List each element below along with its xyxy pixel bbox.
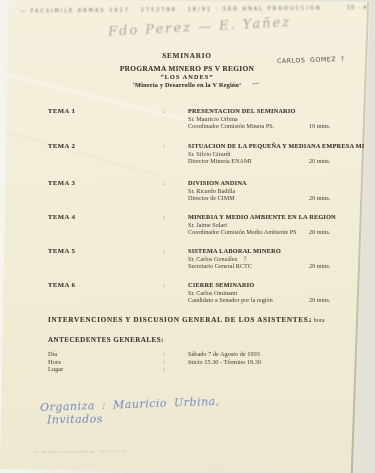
tema-role: Coordinador Comisión Minera PS.	[188, 123, 368, 131]
antecedentes-heading: ANTECEDENTES GENERALES:	[48, 336, 164, 344]
tema-speaker: Sr. Carlos Ominami	[188, 290, 368, 298]
tema-label: TEMA 1	[48, 108, 75, 115]
tema-separator: :	[163, 143, 165, 150]
field-separator: :	[163, 359, 165, 366]
tema-label: TEMA 6	[48, 282, 75, 289]
field-value-hora: Inicio 15.30 - Término 19.30	[188, 359, 261, 366]
tema-topic: PRESENTACION DEL SEMINARIO	[188, 108, 368, 116]
tema-role: Candidato a Senador por la región	[188, 297, 368, 305]
tema-topic: SITUACION DE LA PEQUEÑA Y MEDIANA EMPRES…	[188, 143, 368, 151]
tema-label: TEMA 2	[48, 143, 75, 150]
tema-details: PRESENTACION DEL SEMINARIO Sr. Mauricio …	[188, 108, 368, 131]
tema-topic: SISTEMA LABORAL MINERO	[188, 248, 368, 256]
tema-role: Director Minería ENAMI	[188, 158, 368, 166]
tema-label: TEMA 5	[48, 248, 75, 255]
tema-topic: MINERIA Y MEDIO AMBIENTE EN LA REGION	[188, 214, 368, 222]
tema-speaker-name: Sr. Carlos González	[188, 256, 237, 263]
paper-crease-shadow	[0, 125, 157, 176]
tema-speaker: Sr. Jaime Solari	[188, 222, 368, 230]
tema-duration: 20 mnts.	[309, 195, 330, 202]
edge-tick-mark	[356, 404, 358, 411]
discussion-text: INTERVENCIONES Y DISCUSION GENERAL DE LO…	[48, 316, 311, 324]
field-label-hora: Hora	[48, 359, 61, 366]
field-label-dia: Día	[48, 351, 57, 358]
discussion-duration: 1 hora	[309, 317, 325, 324]
field-value-dia: Sábado 7 de Agosto de 1993	[188, 351, 260, 358]
footer-scan-text: · ·—· ——— ·———·——— · ——· ··· —	[27, 450, 128, 456]
handwritten-invitados-note: Invitados	[47, 413, 103, 427]
tema-separator: :	[163, 214, 165, 221]
tema-role: Secretario General RCTC	[188, 263, 368, 271]
tema-duration: 20 mnts.	[309, 297, 330, 304]
program-subtitle: “LOS ANDES”	[37, 74, 337, 81]
tema-role: Coordinador Comisión Medio Ambiente PS	[188, 229, 368, 237]
edge-tick-mark	[356, 429, 358, 436]
tema-duration: 20 mnts.	[309, 229, 330, 236]
paper-sheet: — FACSIMILE ARMAS 1617 · 2752786 · 18/91…	[0, 0, 375, 473]
tema-speaker: Sr. Silvio Girardi	[188, 151, 368, 159]
tema-label: TEMA 3	[48, 180, 75, 187]
field-label-lugar: Lugar	[48, 366, 63, 373]
tema-details: SISTEMA LABORAL MINERO Sr. Carlos Gonzál…	[188, 248, 368, 271]
field-separator: :	[163, 366, 165, 373]
pencil-note-top: Fdo Perez — E. Yañez	[108, 15, 292, 40]
tema-duration: 20 mnts.	[309, 263, 330, 270]
tema-duration: 10 mnts.	[309, 123, 330, 130]
tema-details: DIVISION ANDINA Sr. Ricardo Badilla Dire…	[188, 180, 368, 203]
handwritten-question-mark: ?	[243, 255, 246, 263]
tema-speaker: Sr. Mauricio Urbina	[188, 116, 368, 124]
tema-topic: CIERRE SEMINARIO	[188, 282, 368, 290]
tema-topic: DIVISION ANDINA	[188, 180, 368, 188]
tema-details: MINERIA Y MEDIO AMBIENTE EN LA REGION Sr…	[188, 214, 368, 237]
field-separator: :	[163, 351, 165, 358]
tema-details: CIERRE SEMINARIO Sr. Carlos Ominami Cand…	[188, 282, 368, 305]
program-tagline: ‘Minería y Desarrollo en la V Región’	[37, 82, 337, 89]
tema-role: Director de CIMM	[188, 195, 368, 203]
program-title: PROGRAMA MINERO PS V REGION	[37, 64, 337, 73]
fax-header-page-number: 10 · 4	[347, 5, 367, 11]
fax-header-text: — FACSIMILE ARMAS 1617 · 2752786 · 18/91…	[20, 5, 340, 14]
tema-speaker: Sr. Ricardo Badilla	[188, 188, 368, 196]
tema-separator: :	[163, 108, 165, 115]
tema-separator: :	[163, 282, 165, 289]
tema-duration: 20 mnts.	[309, 158, 330, 165]
handwritten-organiza-note: Organiza : Mauricio Urbina,	[40, 395, 220, 414]
tema-separator: :	[163, 248, 165, 255]
tema-separator: :	[163, 180, 165, 187]
tema-speaker: Sr. Carlos González?	[188, 256, 368, 264]
tema-label: TEMA 4	[48, 214, 75, 221]
tema-details: SITUACION DE LA PEQUEÑA Y MEDIANA EMPRES…	[188, 143, 368, 166]
